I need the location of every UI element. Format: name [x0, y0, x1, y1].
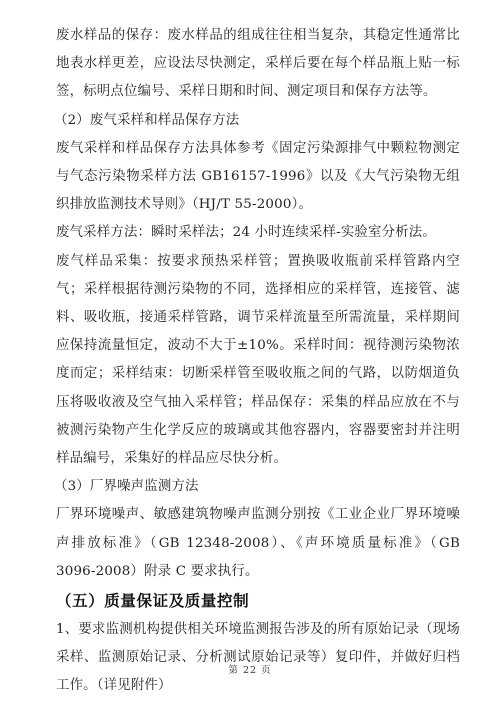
document-page: 废水样品的保存：废水样品的组成往往相当复杂，其稳定性通常比地表水样更差，应设法尽…	[56, 22, 460, 701]
paragraph-exhaust-reference: 废气采样和样品保存方法具体参考《固定污染源排气中颗粒物测定与气态污染物采样方法 …	[56, 135, 460, 220]
paragraph-exhaust-collection: 废气样品采集：按要求预热采样管；置换吸收瓶前采样管路内空气；采样根据待测污染物的…	[56, 248, 460, 474]
page-number: 第 22 页	[0, 662, 500, 676]
paragraph-exhaust-method: 废气采样方法：瞬时采样法；24 小时连续采样-实验室分析法。	[56, 219, 460, 247]
section-heading-quality-control: （五）质量保证及质量控制	[56, 586, 460, 616]
paragraph-quality-records: 1、要求监测机构提供相关环境监测报告涉及的所有原始记录（现场采样、监测原始记录、…	[56, 616, 460, 701]
subheading-noise-monitoring: （3）厂界噪声监测方法	[54, 473, 460, 501]
paragraph-wastewater-storage: 废水样品的保存：废水样品的组成往往相当复杂，其稳定性通常比地表水样更差，应设法尽…	[56, 22, 460, 107]
subheading-exhaust-sampling: （2）废气采样和样品保存方法	[54, 107, 460, 135]
paragraph-noise-standards: 厂界环境噪声、敏感建筑物噪声监测分别按《工业企业厂界环境噪声排放标准》（GB 1…	[56, 501, 460, 586]
